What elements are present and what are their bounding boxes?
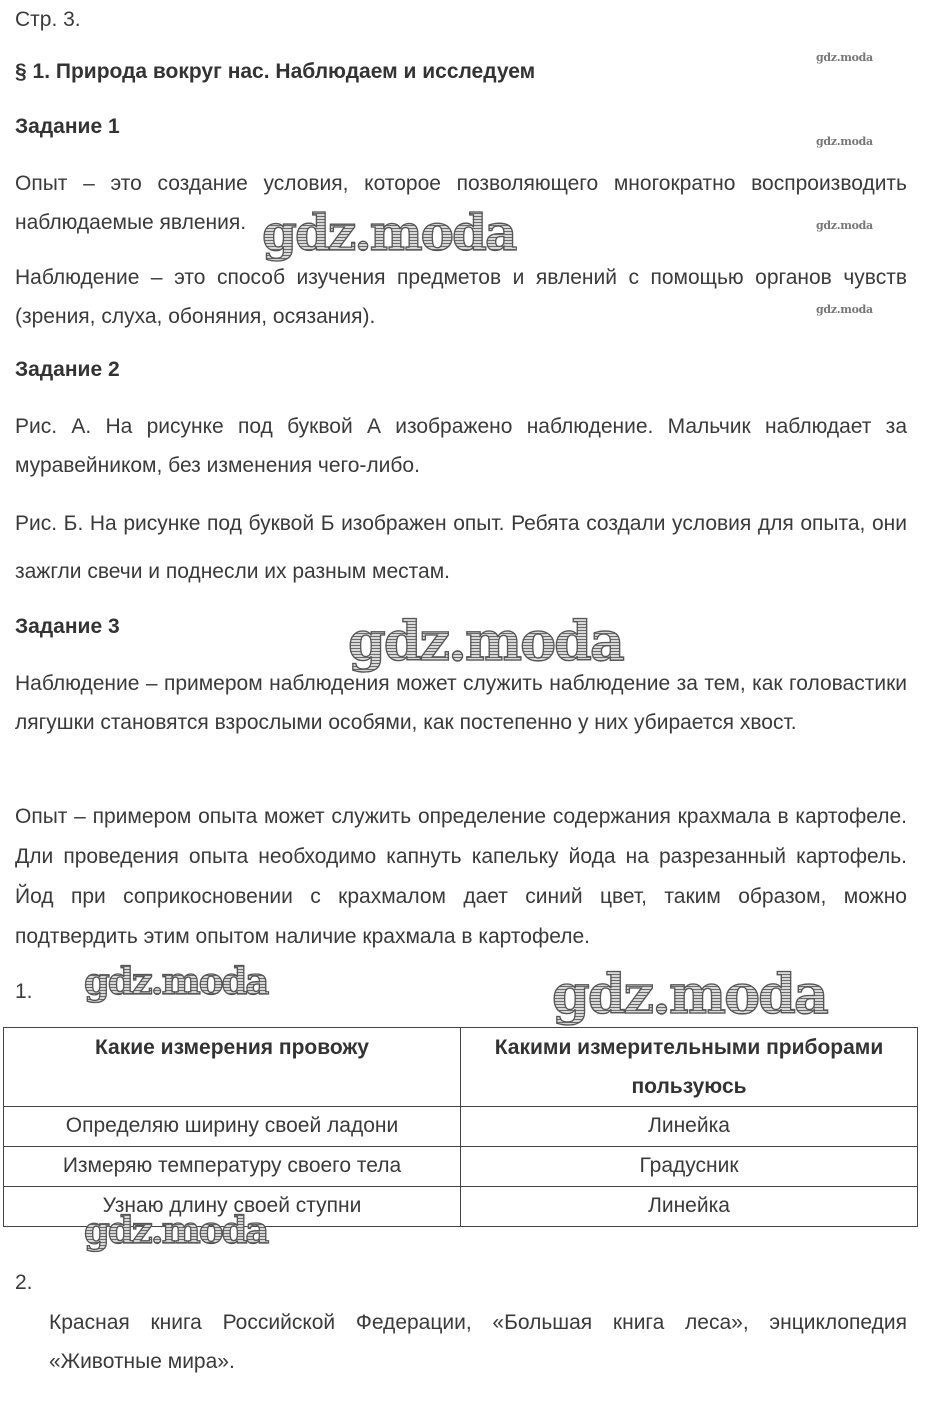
item-2-text: Красная книга Российской Федерации, «Бол… [49,1303,907,1381]
page-label: Стр. 3. [15,0,81,39]
table-cell: Линейка [461,1187,918,1227]
watermark-large: gdz.moda [84,963,267,1000]
task-2-paragraph: Рис. Б. На рисунке под буквой Б изображе… [15,500,907,596]
task-2-paragraph: Рис. А. На рисунке под буквой А изображе… [15,407,907,485]
task-3-paragraph: Наблюдение – примером наблюдения может с… [15,664,907,742]
table-header-row: Какие измерения провожу Какими измерител… [4,1028,918,1107]
measurements-table: Какие измерения провожу Какими измерител… [3,1027,918,1227]
task-3-paragraph: Опыт – примером опыта может служить опре… [15,797,907,957]
task-3-heading: Задание 3 [15,615,120,639]
watermark-large: gdz.moda [348,614,623,668]
item-1-number: 1. [15,972,33,1011]
table-row: Определяю ширину своей ладони Линейка [4,1107,918,1147]
watermark-small: gdz.moda [816,51,873,64]
task-2-heading: Задание 2 [15,358,120,382]
item-2-number: 2. [15,1263,33,1302]
table-cell: Градусник [461,1147,918,1187]
task-1-heading: Задание 1 [15,115,120,139]
watermark-large: gdz.moda [262,208,515,258]
table-cell: Линейка [461,1107,918,1147]
watermark-small: gdz.moda [816,135,873,148]
watermark-large: gdz.moda [552,967,827,1021]
task-1-paragraph: Наблюдение – это способ изучения предмет… [15,258,907,336]
section-title: § 1. Природа вокруг нас. Наблюдаем и исс… [15,60,535,84]
table-cell: Определяю ширину своей ладони [4,1107,461,1147]
table-header: Какими измерительными приборами пользуюс… [461,1028,918,1107]
table-header: Какие измерения провожу [4,1028,461,1107]
table-cell: Измеряю температуру своего тела [4,1147,461,1187]
table-row: Измеряю температуру своего тела Градусни… [4,1147,918,1187]
watermark-large: gdz.moda [84,1212,267,1249]
